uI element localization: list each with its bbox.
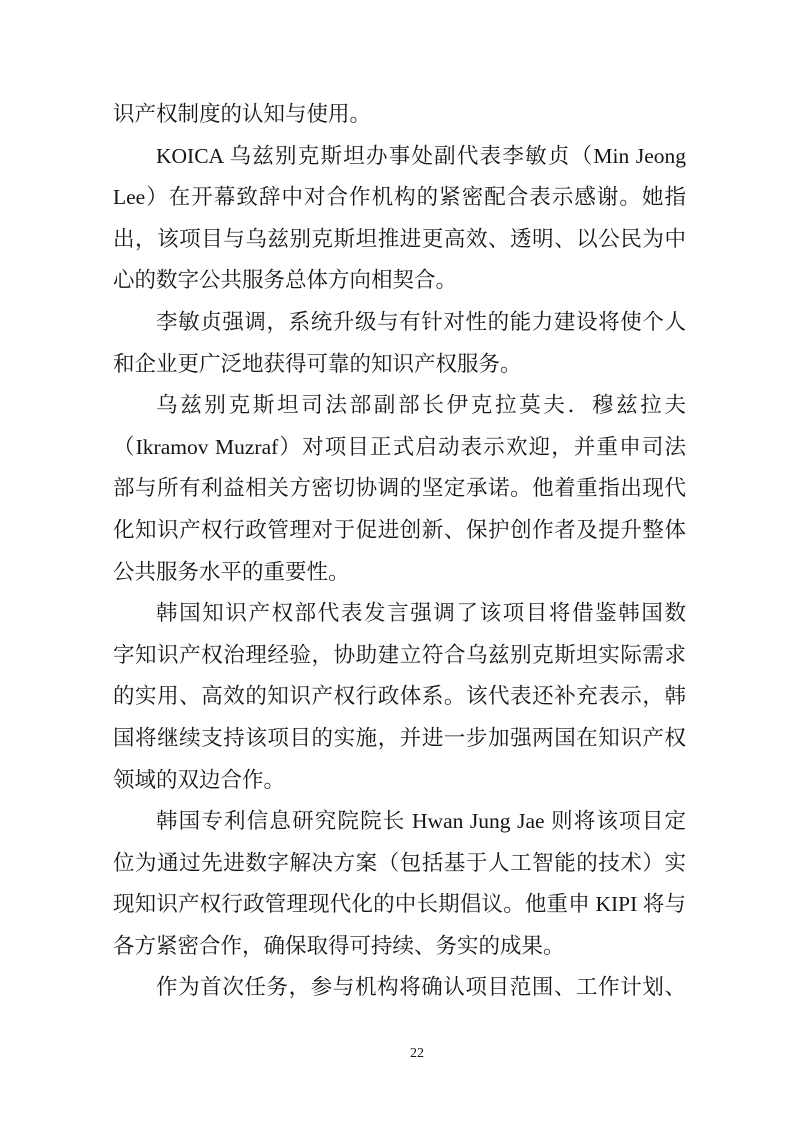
text-line: 公共服务水平的重要性。 <box>113 552 686 594</box>
text-line: 韩国专利信息研究院院长 Hwan Jung Jae 则将该项目定 <box>113 801 686 843</box>
text-line: 和企业更广泛地获得可靠的知识产权服务。 <box>113 344 686 386</box>
text-line: 各方紧密合作，确保取得可持续、务实的成果。 <box>113 926 686 968</box>
text-line: 领域的双边合作。 <box>113 760 686 802</box>
text-line: 的实用、高效的知识产权行政体系。该代表还补充表示，韩 <box>113 676 686 718</box>
text-line: KOICA 乌兹别克斯坦办事处副代表李敏贞（Min Jeong <box>113 136 686 178</box>
text-line: 国将继续支持该项目的实施，并进一步加强两国在知识产权 <box>113 718 686 760</box>
text-line: 出，该项目与乌兹别克斯坦推进更高效、透明、以公民为中 <box>113 219 686 261</box>
document-body: 识产权制度的认知与使用。 KOICA 乌兹别克斯坦办事处副代表李敏贞（Min J… <box>113 94 686 1009</box>
text-line: （Ikramov Muzraf）对项目正式启动表示欢迎，并重申司法 <box>113 427 686 469</box>
text-line: 识产权制度的认知与使用。 <box>113 94 686 136</box>
text-line: 乌兹别克斯坦司法部副部长伊克拉莫夫．穆兹拉夫 <box>113 385 686 427</box>
text-line: 化知识产权行政管理对于促进创新、保护创作者及提升整体 <box>113 510 686 552</box>
text-line: 心的数字公共服务总体方向相契合。 <box>113 260 686 302</box>
text-line: 现知识产权行政管理现代化的中长期倡议。他重申 KIPI 将与 <box>113 884 686 926</box>
text-line: 李敏贞强调，系统升级与有针对性的能力建设将使个人 <box>113 302 686 344</box>
text-line: 字知识产权治理经验，协助建立符合乌兹别克斯坦实际需求 <box>113 635 686 677</box>
text-line: 位为通过先进数字解决方案（包括基于人工智能的技术）实 <box>113 843 686 885</box>
text-line: 韩国知识产权部代表发言强调了该项目将借鉴韩国数 <box>113 593 686 635</box>
document-page: 识产权制度的认知与使用。 KOICA 乌兹别克斯坦办事处副代表李敏贞（Min J… <box>0 0 793 1122</box>
text-line: 部与所有利益相关方密切协调的坚定承诺。他着重指出现代 <box>113 468 686 510</box>
text-line: 作为首次任务，参与机构将确认项目范围、工作计划、 <box>113 967 686 1009</box>
text-line: Lee）在开幕致辞中对合作机构的紧密配合表示感谢。她指 <box>113 177 686 219</box>
page-number: 22 <box>410 1046 424 1062</box>
